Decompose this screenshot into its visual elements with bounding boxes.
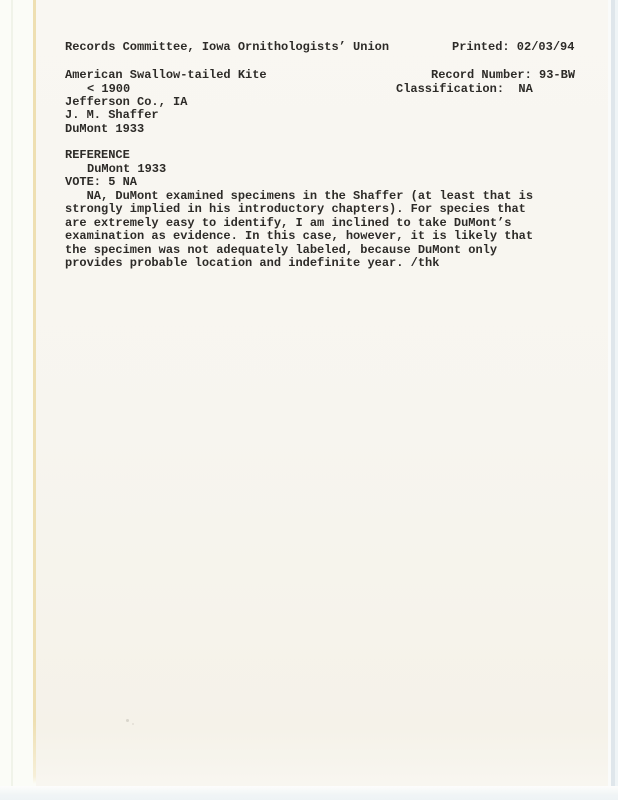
scanned-document: Records Committee, Iowa Ornithologists’ …: [0, 0, 618, 800]
paper-speck: [126, 719, 129, 722]
species-name: American Swallow-tailed Kite: [65, 69, 267, 82]
left-crease-line: [11, 0, 13, 789]
record-number: Record Number: 93-BW: [431, 69, 575, 82]
committee-comment: NA, DuMont examined specimens in the Sha…: [65, 190, 533, 270]
record-citation: DuMont 1933: [65, 123, 144, 136]
reference-heading: REFERENCE: [65, 149, 130, 162]
under-sheet: [0, 0, 36, 789]
classification: Classification: NA: [396, 83, 533, 96]
scan-bottom-margin: [0, 786, 618, 800]
committee-title: Records Committee, Iowa Ornithologists’ …: [65, 41, 389, 54]
paper-speck: [132, 723, 134, 725]
printed-date: Printed: 02/03/94: [452, 41, 574, 54]
vote-line: VOTE: 5 NA: [65, 176, 137, 189]
record-observer: J. M. Shaffer: [65, 109, 159, 122]
